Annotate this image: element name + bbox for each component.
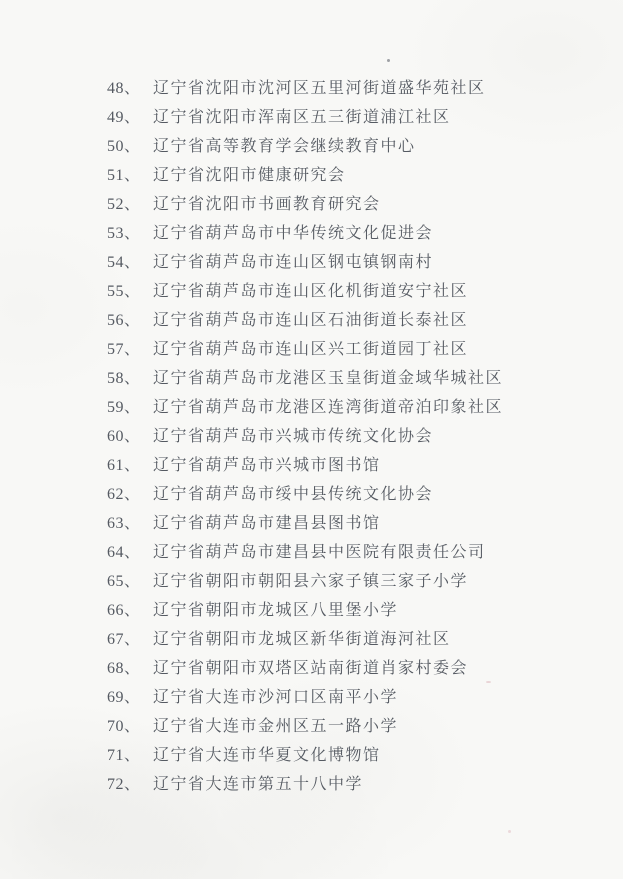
item-number-text: 64 xyxy=(107,544,124,561)
list-item: 52、 辽宁省沈阳市书画教育研究会 xyxy=(107,190,613,219)
item-name: 辽宁省朝阳市双塔区站南街道肖家村委会 xyxy=(153,660,468,677)
item-number-text: 72 xyxy=(107,776,124,793)
item-name: 辽宁省朝阳市龙城区八里堡小学 xyxy=(153,602,398,619)
item-name: 辽宁省葫芦岛市兴城市图书馆 xyxy=(153,457,381,474)
item-number: 67、 xyxy=(107,625,149,654)
item-separator: 、 xyxy=(124,428,141,445)
item-number: 64、 xyxy=(107,538,149,567)
list-item: 57、 辽宁省葫芦岛市连山区兴工街道园丁社区 xyxy=(107,335,613,364)
item-number: 63、 xyxy=(107,509,149,538)
item-number-text: 65 xyxy=(107,573,124,590)
item-number-text: 68 xyxy=(107,660,124,677)
item-name: 辽宁省葫芦岛市连山区石油街道长泰社区 xyxy=(153,312,468,329)
list-item: 64、 辽宁省葫芦岛市建昌县中医院有限责任公司 xyxy=(107,538,613,567)
item-number: 71、 xyxy=(107,741,149,770)
item-number-text: 70 xyxy=(107,718,124,735)
list-item: 66、 辽宁省朝阳市龙城区八里堡小学 xyxy=(107,596,613,625)
item-separator: 、 xyxy=(124,573,141,590)
item-number-text: 50 xyxy=(107,138,124,155)
item-name: 辽宁省葫芦岛市连山区化机街道安宁社区 xyxy=(153,283,468,300)
item-name: 辽宁省葫芦岛市连山区兴工街道园丁社区 xyxy=(153,341,468,358)
list-item: 67、 辽宁省朝阳市龙城区新华街道海河社区 xyxy=(107,625,613,654)
list-item: 60、 辽宁省葫芦岛市兴城市传统文化协会 xyxy=(107,422,613,451)
item-number: 70、 xyxy=(107,712,149,741)
list-item: 61、 辽宁省葫芦岛市兴城市图书馆 xyxy=(107,451,613,480)
item-separator: 、 xyxy=(124,138,141,155)
item-number: 52、 xyxy=(107,190,149,219)
item-number-text: 58 xyxy=(107,370,124,387)
item-number-text: 61 xyxy=(107,457,124,474)
item-name: 辽宁省朝阳市龙城区新华街道海河社区 xyxy=(153,631,451,648)
list-item: 69、 辽宁省大连市沙河口区南平小学 xyxy=(107,683,613,712)
item-separator: 、 xyxy=(124,399,141,416)
list-item: 72、 辽宁省大连市第五十八中学 xyxy=(107,770,613,799)
item-name: 辽宁省葫芦岛市兴城市传统文化协会 xyxy=(153,428,433,445)
list-item: 56、 辽宁省葫芦岛市连山区石油街道长泰社区 xyxy=(107,306,613,335)
item-name: 辽宁省葫芦岛市建昌县图书馆 xyxy=(153,515,381,532)
item-number-text: 48 xyxy=(107,80,124,97)
item-name: 辽宁省大连市金州区五一路小学 xyxy=(153,718,398,735)
item-number: 48、 xyxy=(107,74,149,103)
list-item: 65、 辽宁省朝阳市朝阳县六家子镇三家子小学 xyxy=(107,567,613,596)
item-name: 辽宁省葫芦岛市连山区钢屯镇钢南村 xyxy=(153,254,433,271)
item-number: 68、 xyxy=(107,654,149,683)
item-number-text: 66 xyxy=(107,602,124,619)
item-name: 辽宁省葫芦岛市建昌县中医院有限责任公司 xyxy=(153,544,486,561)
item-name: 辽宁省葫芦岛市中华传统文化促进会 xyxy=(153,225,433,242)
list-item: 59、 辽宁省葫芦岛市龙港区连湾街道帝泊印象社区 xyxy=(107,393,613,422)
item-number-text: 69 xyxy=(107,689,124,706)
item-name: 辽宁省沈阳市沈河区五里河街道盛华苑社区 xyxy=(153,80,486,97)
item-name: 辽宁省葫芦岛市龙港区玉皇街道金域华城社区 xyxy=(153,370,503,387)
item-number: 59、 xyxy=(107,393,149,422)
item-separator: 、 xyxy=(124,486,141,503)
list-item: 53、 辽宁省葫芦岛市中华传统文化促进会 xyxy=(107,219,613,248)
item-number-text: 63 xyxy=(107,515,124,532)
item-separator: 、 xyxy=(124,312,141,329)
item-separator: 、 xyxy=(124,544,141,561)
item-number: 53、 xyxy=(107,219,149,248)
item-separator: 、 xyxy=(124,776,141,793)
item-name: 辽宁省高等教育学会继续教育中心 xyxy=(153,138,416,155)
list-item: 68、 辽宁省朝阳市双塔区站南街道肖家村委会 xyxy=(107,654,613,683)
item-number: 57、 xyxy=(107,335,149,364)
item-number: 51、 xyxy=(107,161,149,190)
item-name: 辽宁省沈阳市浑南区五三街道浦江社区 xyxy=(153,109,451,126)
item-separator: 、 xyxy=(124,370,141,387)
item-separator: 、 xyxy=(124,631,141,648)
item-separator: 、 xyxy=(124,457,141,474)
item-number: 61、 xyxy=(107,451,149,480)
item-number: 58、 xyxy=(107,364,149,393)
list-item: 71、 辽宁省大连市华夏文化博物馆 xyxy=(107,741,613,770)
item-number-text: 71 xyxy=(107,747,124,764)
list-item: 51、 辽宁省沈阳市健康研究会 xyxy=(107,161,613,190)
list-item: 58、 辽宁省葫芦岛市龙港区玉皇街道金域华城社区 xyxy=(107,364,613,393)
item-number: 62、 xyxy=(107,480,149,509)
item-number-text: 52 xyxy=(107,196,124,213)
item-separator: 、 xyxy=(124,167,141,184)
item-separator: 、 xyxy=(124,196,141,213)
list-item: 62、 辽宁省葫芦岛市绥中县传统文化协会 xyxy=(107,480,613,509)
item-separator: 、 xyxy=(124,515,141,532)
item-name: 辽宁省大连市第五十八中学 xyxy=(153,776,363,793)
item-number-text: 53 xyxy=(107,225,124,242)
scan-speck xyxy=(387,59,390,62)
item-number: 55、 xyxy=(107,277,149,306)
item-separator: 、 xyxy=(124,660,141,677)
item-number: 66、 xyxy=(107,596,149,625)
item-name: 辽宁省大连市华夏文化博物馆 xyxy=(153,747,381,764)
item-number-text: 49 xyxy=(107,109,124,126)
item-separator: 、 xyxy=(124,109,141,126)
item-number: 65、 xyxy=(107,567,149,596)
item-number-text: 60 xyxy=(107,428,124,445)
item-number-text: 62 xyxy=(107,486,124,503)
item-number-text: 56 xyxy=(107,312,124,329)
item-name: 辽宁省沈阳市书画教育研究会 xyxy=(153,196,381,213)
item-name: 辽宁省葫芦岛市绥中县传统文化协会 xyxy=(153,486,433,503)
item-number: 60、 xyxy=(107,422,149,451)
list-item: 49、 辽宁省沈阳市浑南区五三街道浦江社区 xyxy=(107,103,613,132)
item-separator: 、 xyxy=(124,602,141,619)
item-number-text: 54 xyxy=(107,254,124,271)
item-separator: 、 xyxy=(124,225,141,242)
list-item: 50、 辽宁省高等教育学会继续教育中心 xyxy=(107,132,613,161)
item-separator: 、 xyxy=(124,747,141,764)
item-number: 50、 xyxy=(107,132,149,161)
list-item: 48、 辽宁省沈阳市沈河区五里河街道盛华苑社区 xyxy=(107,74,613,103)
scan-speck xyxy=(508,830,511,833)
item-number-text: 67 xyxy=(107,631,124,648)
scan-speck xyxy=(486,681,491,683)
list-item: 55、 辽宁省葫芦岛市连山区化机街道安宁社区 xyxy=(107,277,613,306)
item-number-text: 57 xyxy=(107,341,124,358)
item-number: 69、 xyxy=(107,683,149,712)
item-separator: 、 xyxy=(124,689,141,706)
org-list: 48、 辽宁省沈阳市沈河区五里河街道盛华苑社区 49、 辽宁省沈阳市浑南区五三街… xyxy=(107,74,613,799)
item-number: 72、 xyxy=(107,770,149,799)
item-name: 辽宁省大连市沙河口区南平小学 xyxy=(153,689,398,706)
item-number-text: 59 xyxy=(107,399,124,416)
item-separator: 、 xyxy=(124,341,141,358)
item-separator: 、 xyxy=(124,80,141,97)
list-item: 63、 辽宁省葫芦岛市建昌县图书馆 xyxy=(107,509,613,538)
item-number-text: 55 xyxy=(107,283,124,300)
item-number: 49、 xyxy=(107,103,149,132)
item-separator: 、 xyxy=(124,718,141,735)
item-name: 辽宁省朝阳市朝阳县六家子镇三家子小学 xyxy=(153,573,468,590)
item-number: 56、 xyxy=(107,306,149,335)
item-separator: 、 xyxy=(124,254,141,271)
item-separator: 、 xyxy=(124,283,141,300)
item-number: 54、 xyxy=(107,248,149,277)
document-page: 48、 辽宁省沈阳市沈河区五里河街道盛华苑社区 49、 辽宁省沈阳市浑南区五三街… xyxy=(0,0,623,879)
list-item: 54、 辽宁省葫芦岛市连山区钢屯镇钢南村 xyxy=(107,248,613,277)
item-name: 辽宁省葫芦岛市龙港区连湾街道帝泊印象社区 xyxy=(153,399,503,416)
item-name: 辽宁省沈阳市健康研究会 xyxy=(153,167,346,184)
list-item: 70、 辽宁省大连市金州区五一路小学 xyxy=(107,712,613,741)
item-number-text: 51 xyxy=(107,167,124,184)
